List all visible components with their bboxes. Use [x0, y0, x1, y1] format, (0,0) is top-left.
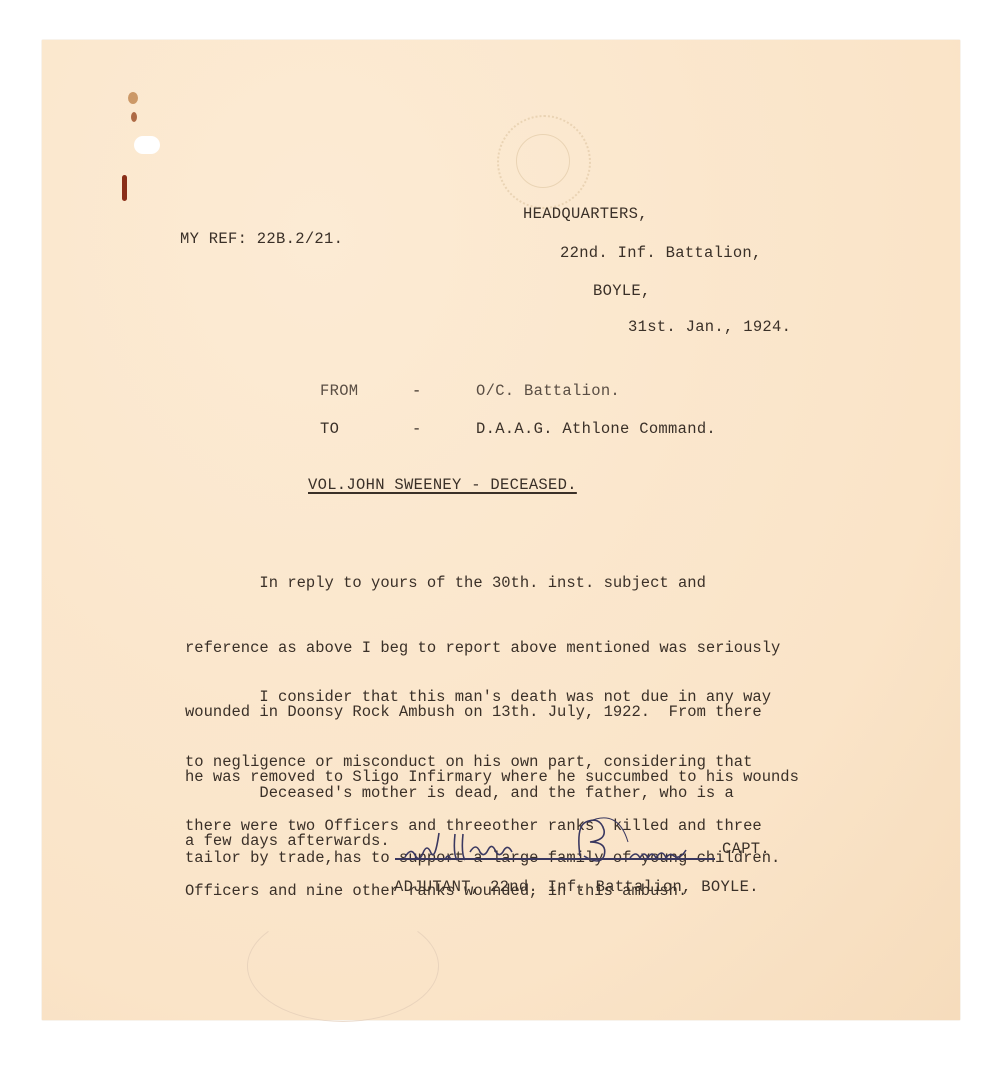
signature-underline	[395, 858, 715, 860]
paragraph-line: I consider that this man's death was not…	[185, 687, 945, 709]
paragraph-line: Deceased's mother is dead, and the fathe…	[185, 783, 945, 805]
to-dash: -	[412, 420, 422, 438]
from-label: FROM	[320, 382, 358, 400]
signature-rank: CAPT.	[722, 840, 770, 858]
reference-number: MY REF: 22B.2/21.	[180, 230, 343, 248]
header-headquarters: HEADQUARTERS,	[523, 205, 648, 223]
embossed-seal	[497, 115, 591, 209]
rust-stain	[122, 175, 127, 201]
to-label: TO	[320, 420, 339, 438]
paragraph-line: In reply to yours of the 30th. inst. sub…	[185, 573, 945, 595]
from-value: O/C. Battalion.	[476, 382, 620, 400]
to-value: D.A.A.G. Athlone Command.	[476, 420, 716, 438]
punch-hole	[134, 136, 160, 154]
handwritten-signature	[400, 812, 720, 872]
header-battalion: 22nd. Inf. Battalion,	[560, 244, 762, 262]
signature-title: ADJUTANT, 22nd. Inf. Battalion, BOYLE.	[394, 878, 759, 896]
subject-line: VOL.JOHN SWEENEY - DECEASED.	[308, 476, 577, 494]
rust-stain	[128, 92, 138, 104]
faded-stamp	[247, 910, 439, 1022]
header-location: BOYLE,	[593, 282, 651, 300]
from-dash: -	[412, 382, 422, 400]
rust-stain	[131, 112, 137, 122]
header-date: 31st. Jan., 1924.	[628, 318, 791, 336]
